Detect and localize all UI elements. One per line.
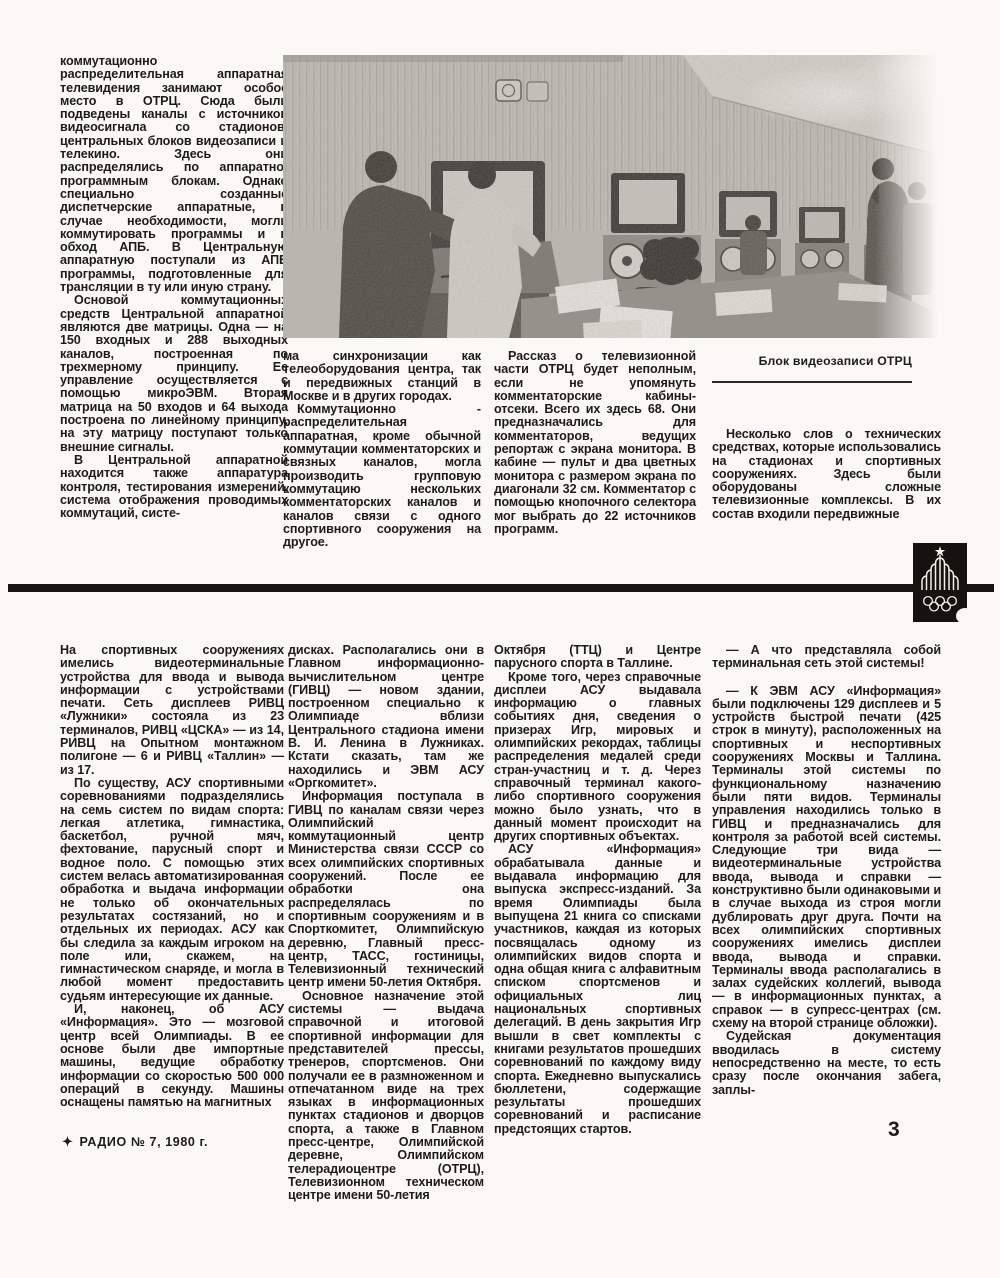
- column-lower-3: Октября (ТТЦ) и Центре парусного спорта …: [494, 644, 701, 1136]
- four-pointed-star-icon: ✦: [62, 1134, 74, 1149]
- footer-text: РАДИО № 7, 1980 г.: [80, 1135, 209, 1149]
- column-top-left: коммутационно - распределительная аппара…: [60, 55, 288, 520]
- paragraph: Октября (ТТЦ) и Центре парусного спорта …: [494, 644, 701, 671]
- interview-question: — А что представляла собой терминальная …: [712, 644, 941, 671]
- paragraph: Несколько слов о технических средствах, …: [712, 428, 941, 521]
- paragraph: — К ЭВМ АСУ «Информация» были подключены…: [712, 685, 941, 1031]
- paragraph: Судейская документация вводилась в систе…: [712, 1030, 941, 1096]
- footer: ✦РАДИО № 7, 1980 г.: [62, 1134, 208, 1150]
- olympic-moscow-1980-logo: [913, 543, 967, 622]
- paragraph: Кроме того, через справочные дисплеи АСУ…: [494, 671, 701, 844]
- paragraph: Основное назначение этой системы — выдач…: [288, 990, 484, 1203]
- paragraph: коммутационно - распределительная аппара…: [60, 55, 288, 294]
- page-number: 3: [888, 1118, 900, 1142]
- paragraph: Коммутационно - распределительная аппара…: [283, 403, 481, 549]
- column-right-intro: Несколько слов о технических средствах, …: [712, 428, 941, 521]
- photo-grain: [283, 55, 938, 338]
- paragraph: На спортивных сооружениях имелись видеот…: [60, 644, 284, 777]
- paragraph: ма синхронизации как телеоборудования це…: [283, 350, 481, 403]
- paragraph: По существу, АСУ спортивными соревновани…: [60, 777, 284, 1003]
- paragraph: Основой коммутационных средств Центральн…: [60, 294, 288, 454]
- paragraph: АСУ «Информация» обрабатывала данные и в…: [494, 843, 701, 1136]
- photo-caption: Блок видеозаписи ОТРЦ: [712, 354, 912, 368]
- paragraph: Рассказ о телевизионной части ОТРЦ будет…: [494, 350, 696, 536]
- column-under-photo-right: Рассказ о телевизионной части ОТРЦ будет…: [494, 350, 696, 536]
- paragraph: дисках. Располагались они в Главном инфо…: [288, 644, 484, 790]
- column-lower-4: — А что представляла собой терминальная …: [712, 644, 941, 1097]
- control-room-photo: [283, 55, 938, 338]
- column-lower-1: На спортивных сооружениях имелись видеот…: [60, 644, 284, 1109]
- paragraph: В Центральной аппаратной находится также…: [60, 454, 288, 520]
- paragraph: Информация поступала в ГИВЦ по каналам с…: [288, 790, 484, 989]
- control-room-photo-illustration: [283, 55, 938, 338]
- divider-bar: [967, 584, 994, 592]
- column-under-photo-left: ма синхронизации как телеоборудования це…: [283, 350, 481, 549]
- paragraph: И, наконец, об АСУ «Информация». Это — м…: [60, 1003, 284, 1109]
- divider-bar: [8, 584, 913, 592]
- caption-rule: [712, 381, 912, 383]
- column-lower-2: дисках. Располагались они в Главном инфо…: [288, 644, 484, 1202]
- magazine-page: коммутационно - распределительная аппара…: [0, 0, 1000, 1278]
